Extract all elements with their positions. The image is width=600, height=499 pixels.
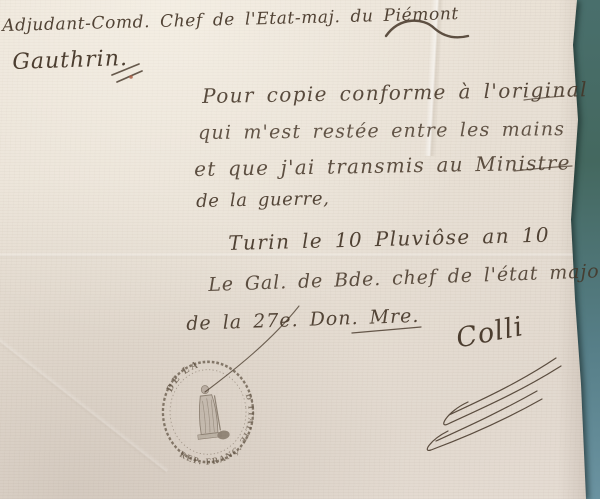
- svg-text:REP. FRANÇ.: REP. FRANÇ.: [177, 441, 245, 471]
- ink-stamp: DE LA D'ITALIE REP. FRANÇ.: [155, 351, 261, 473]
- svg-text:D'ITALIE: D'ITALIE: [233, 392, 259, 447]
- body-line-3: et que j'ai transmis au Ministre: [194, 152, 571, 179]
- body-line-2: qui m'est restée entre les mains: [198, 120, 565, 143]
- stamp-arc-bottom-text: REP. FRANÇ.: [177, 441, 245, 471]
- body-line-1: Pour copie conforme à l'original: [202, 79, 588, 106]
- svg-text:DE LA: DE LA: [162, 359, 202, 395]
- stamp-standing-figure-icon: [193, 383, 230, 442]
- ink-blot: [217, 430, 230, 440]
- photographed-document: Adjudant-Comd. Chef de l'Etat-maj. du Pi…: [0, 0, 600, 499]
- stamp-arc-right-text: D'ITALIE: [233, 392, 259, 447]
- stamp-arc-top-text: DE LA: [162, 359, 202, 395]
- paper-crease-diagonal: [0, 333, 169, 475]
- body-line-4: de la guerre,: [196, 190, 330, 211]
- header-name-gauthrin: Gauthrin.: [12, 48, 128, 74]
